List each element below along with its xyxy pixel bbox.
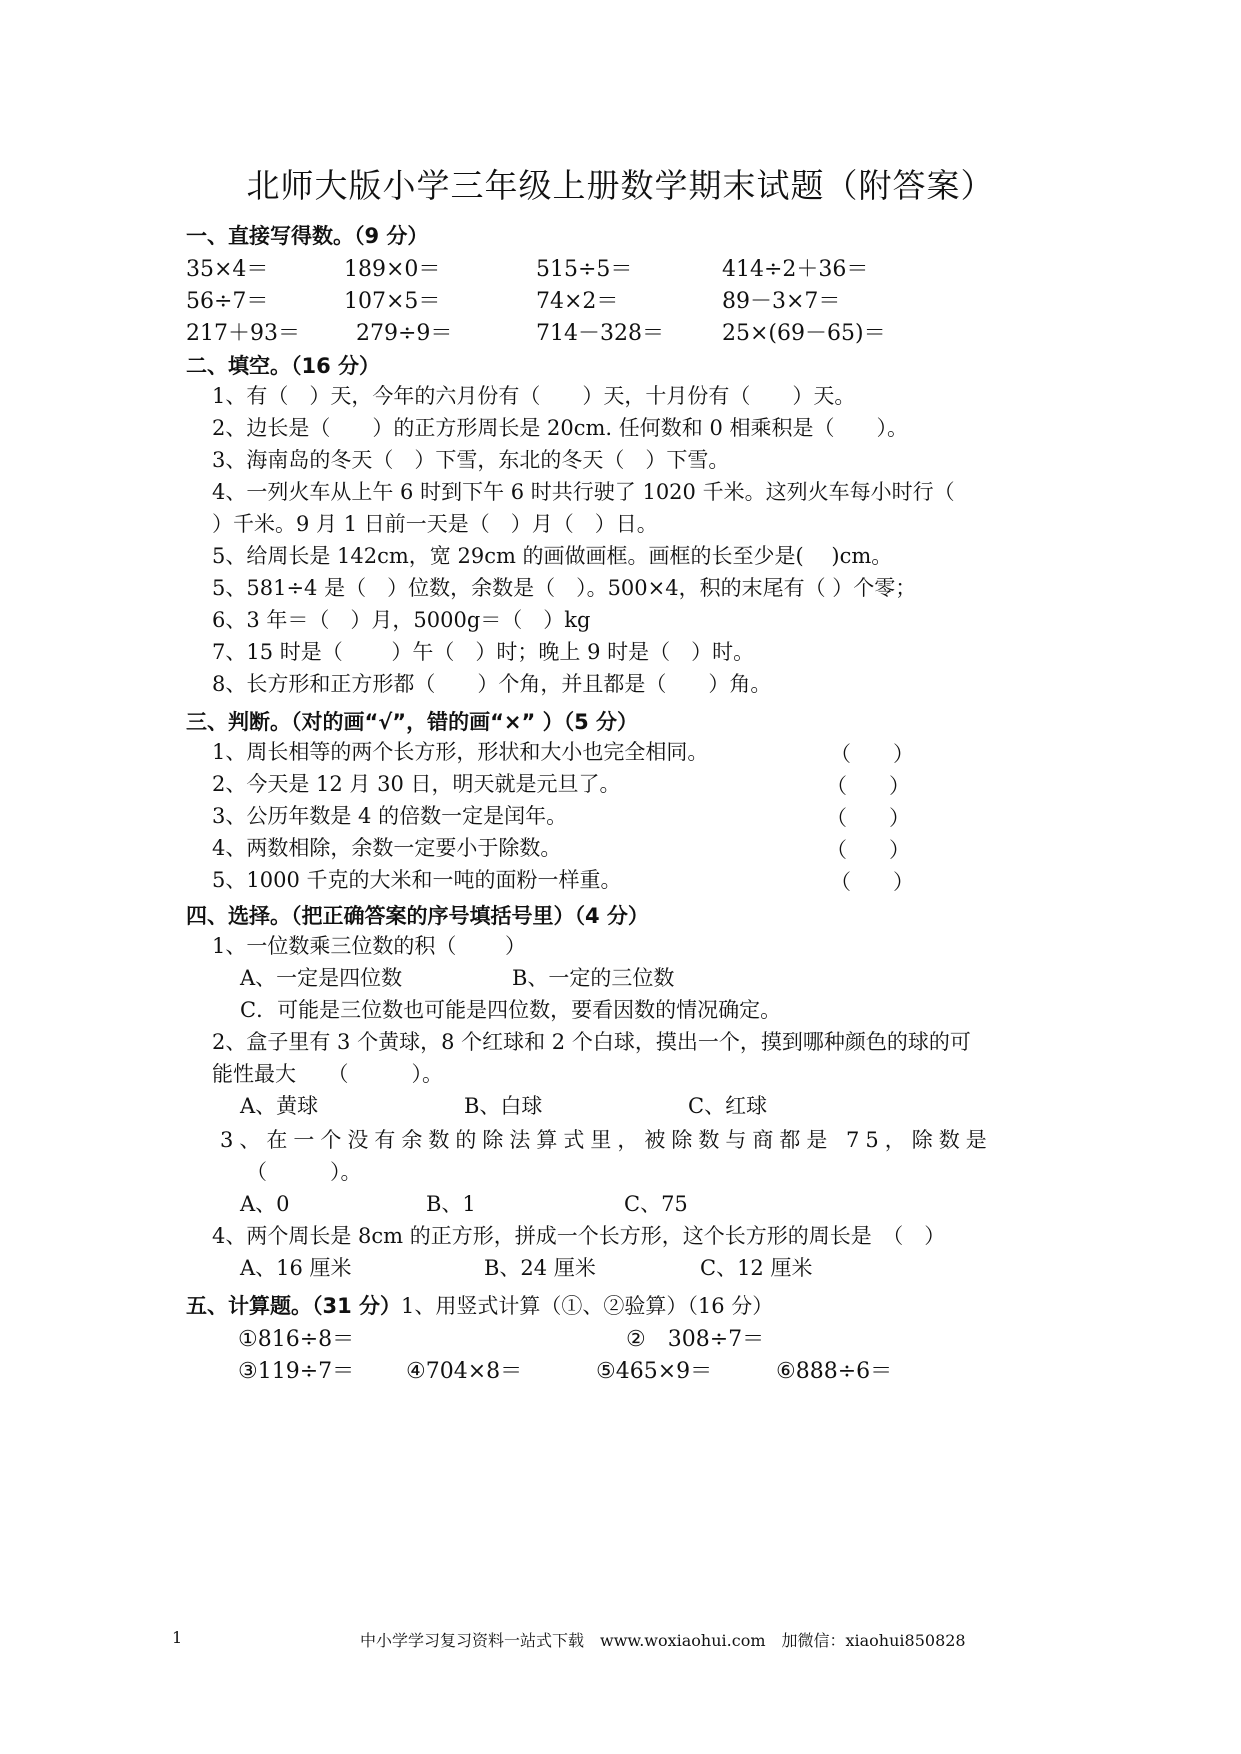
- calc-item: 217＋93＝: [186, 316, 300, 347]
- choice-option-a: A、0: [240, 1190, 290, 1218]
- section-2-heading: 二、填空。（16 分）: [186, 350, 380, 380]
- page-title: 北师大版小学三年级上册数学期末试题（附答案）: [0, 160, 1241, 207]
- answer-parentheses: （ ）: [830, 738, 914, 768]
- judgement-item: 2、今天是 12 月 30 日，明天就是元旦了。: [212, 770, 621, 798]
- choice-option-a: A、一定是四位数: [240, 964, 402, 992]
- judgement-item: 4、两数相除，余数一定要小于除数。: [212, 834, 561, 862]
- fill-blank-item: 7、15 时是（ ）午（ ）时；晚上 9 时是（ ）时。: [212, 638, 754, 666]
- calc-item: 35×4＝: [186, 252, 268, 283]
- answer-parentheses: （ ）: [826, 802, 910, 832]
- calc-item: 25×(69－65)＝: [722, 316, 886, 347]
- calc-item: 107×5＝: [344, 284, 440, 315]
- long-calc-item: ② 308÷7＝: [626, 1322, 764, 1353]
- section-1-heading: 一、直接写得数。（9 分）: [186, 220, 428, 250]
- calc-item: 714－328＝: [536, 316, 664, 347]
- section-5-subheading: 1、用竖式计算（①、②验算）（16 分）: [401, 1294, 773, 1318]
- choice-option-a: A、黄球: [240, 1092, 318, 1120]
- section-3-heading: 三、判断。（对的画“√”，错的画“×” ）（5 分）: [186, 706, 638, 736]
- page-number: 1: [172, 1628, 182, 1647]
- choice-question-stem-cont: （ ）。: [246, 1158, 362, 1186]
- long-calc-item: ③119÷7＝: [238, 1354, 354, 1385]
- footer-text: 中小学学习复习资料一站式下载 www.woxiaohui.com 加微信：xia…: [360, 1628, 966, 1651]
- calc-item: 56÷7＝: [186, 284, 268, 315]
- long-calc-item: ⑤465×9＝: [596, 1354, 712, 1385]
- fill-blank-item: 4、一列火车从上午 6 时到下午 6 时共行驶了 1020 千米。这列火车每小时…: [212, 478, 955, 506]
- fill-blank-item: 1、有（ ）天，今年的六月份有（ ）天，十月份有（ ）天。: [212, 382, 855, 410]
- choice-option-c: C、12 厘米: [700, 1254, 812, 1282]
- long-calc-item: ⑥888÷6＝: [776, 1354, 892, 1385]
- answer-parentheses: （ ）: [826, 770, 910, 800]
- choice-question-stem: 4、两个周长是 8cm 的正方形，拼成一个长方形，这个长方形的周长是 （ ）: [212, 1222, 945, 1250]
- fill-blank-item: ）千米。9 月 1 日前一天是（ ）月（ ）日。: [212, 510, 658, 538]
- choice-option-b: B、1: [426, 1190, 476, 1218]
- exam-page: 北师大版小学三年级上册数学期末试题（附答案） 一、直接写得数。（9 分） 35×…: [0, 0, 1241, 1754]
- choice-option-b: B、24 厘米: [484, 1254, 596, 1282]
- choice-option-c: C、红球: [688, 1092, 767, 1120]
- section-4-heading: 四、选择。（把正确答案的序号填括号里）（4 分）: [186, 900, 649, 930]
- choice-question-stem: 2、盒子里有 3 个黄球，8 个红球和 2 个白球，摸出一个，摸到哪种颜色的球的…: [212, 1028, 971, 1056]
- fill-blank-item: 5、给周长是 142cm，宽 29cm 的画做画框。画框的长至少是( )cm。: [212, 542, 892, 570]
- section-5-heading: 五、计算题。（31 分）1、用竖式计算（①、②验算）（16 分）: [186, 1290, 773, 1320]
- judgement-item: 5、1000 千克的大米和一吨的面粉一样重。: [212, 866, 621, 894]
- choice-option-c: C．可能是三位数也可能是四位数，要看因数的情况确定。: [240, 996, 781, 1024]
- calc-item: 74×2＝: [536, 284, 618, 315]
- fill-blank-item: 2、边长是（ ）的正方形周长是 20cm. 任何数和 0 相乘积是（ ）。: [212, 414, 908, 442]
- fill-blank-item: 3、海南岛的冬天（ ）下雪，东北的冬天（ ）下雪。: [212, 446, 729, 474]
- long-calc-item: ①816÷8＝: [238, 1322, 354, 1353]
- calc-item: 89－3×7＝: [722, 284, 840, 315]
- calc-item: 515÷5＝: [536, 252, 632, 283]
- judgement-item: 1、周长相等的两个长方形，形状和大小也完全相同。: [212, 738, 708, 766]
- calc-item: 279÷9＝: [356, 316, 452, 347]
- long-calc-item: ④704×8＝: [406, 1354, 522, 1385]
- choice-option-c: C、75: [624, 1190, 688, 1218]
- answer-parentheses: （ ）: [830, 866, 914, 896]
- choice-question-stem: 1、一位数乘三位数的积（ ）: [212, 932, 526, 960]
- choice-question-stem: 3、在一个没有余数的除法算式里，被除数与商都是 75，除数是: [220, 1126, 993, 1154]
- choice-option-a: A、16 厘米: [240, 1254, 352, 1282]
- section-5-title: 五、计算题。（31 分）: [186, 1294, 401, 1318]
- fill-blank-item: 8、长方形和正方形都（ ）个角，并且都是（ ）角。: [212, 670, 771, 698]
- calc-item: 189×0＝: [344, 252, 440, 283]
- choice-question-stem-cont: 能性最大 （ ）。: [212, 1060, 443, 1088]
- choice-option-b: B、白球: [464, 1092, 542, 1120]
- calc-item: 414÷2＋36＝: [722, 252, 868, 283]
- answer-parentheses: （ ）: [826, 834, 910, 864]
- judgement-item: 3、公历年数是 4 的倍数一定是闰年。: [212, 802, 567, 830]
- choice-option-b: B、一定的三位数: [512, 964, 674, 992]
- fill-blank-item: 5、581÷4 是（ ）位数，余数是（ ）。500×4，积的末尾有（ ）个零；: [212, 574, 916, 602]
- fill-blank-item: 6、3 年＝（ ）月，5000g＝（ ）kg: [212, 606, 590, 634]
